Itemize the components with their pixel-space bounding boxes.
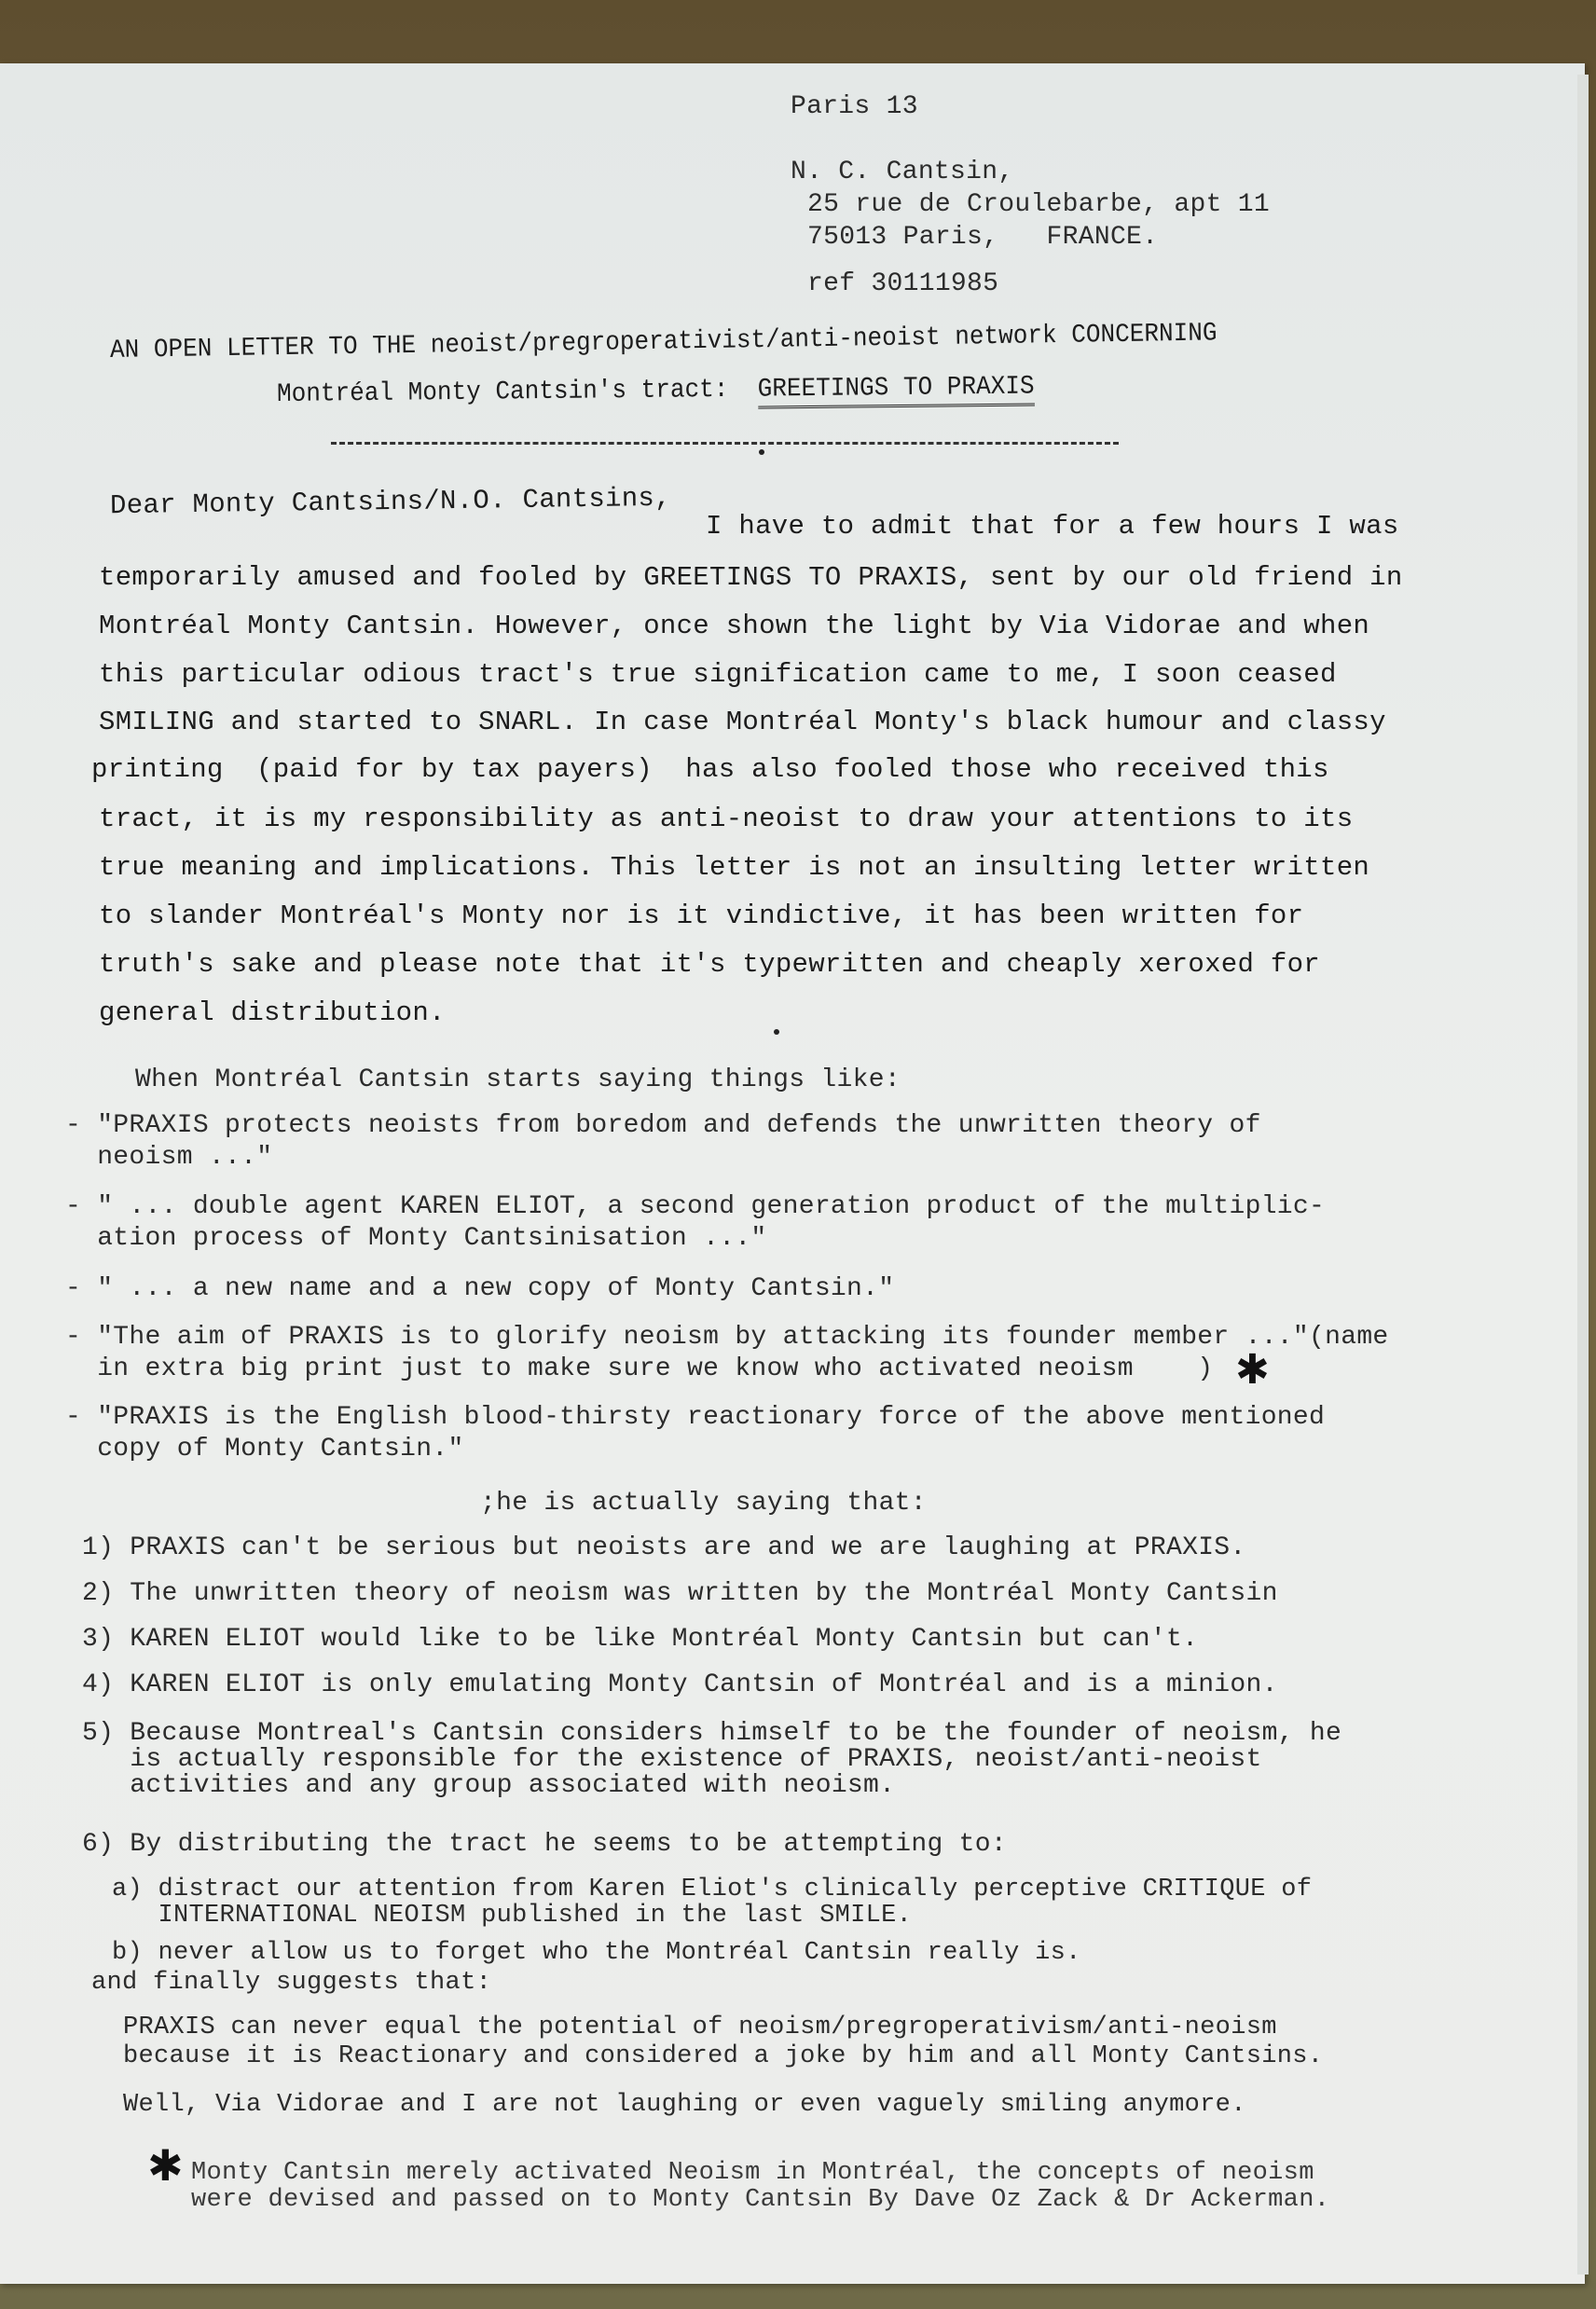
conclusion-line-1: PRAXIS can never equal the potential of … [123, 2014, 1277, 2041]
intro-line: truth's sake and please note that it's t… [99, 949, 1320, 981]
quote-line: neoism ..." [65, 1142, 272, 1174]
intro-line: SMILING and started to SNARL. In case Mo… [99, 707, 1386, 738]
quote-line: - "PRAXIS is the English blood-thirsty r… [65, 1402, 1325, 1434]
title-divider [331, 442, 1119, 445]
subtitle-prefix: Montréal Monty Cantsin's tract: [277, 376, 758, 409]
quote-line: in extra big print just to make sure we … [65, 1354, 1213, 1385]
closing-line: Well, Via Vidorae and I are not laughing… [123, 2091, 1246, 2119]
reference-number: ref 30111985 [807, 268, 998, 300]
sub-point-line: b) never allow us to forget who the Mont… [112, 1939, 1081, 1967]
point-line: 2) The unwritten theory of neoism was wr… [82, 1578, 1278, 1610]
letter-subtitle: Montréal Monty Cantsin's tract: GREETING… [277, 371, 1035, 411]
quote-line: copy of Monty Cantsin." [65, 1434, 464, 1465]
paper-edge [1577, 75, 1589, 2275]
quote-line: - " ... double agent KAREN ELIOT, a seco… [65, 1191, 1325, 1223]
sender-name: N. C. Cantsin, [791, 157, 1013, 188]
point-line: 1) PRAXIS can't be serious but neoists a… [82, 1532, 1246, 1564]
point-line: 4) KAREN ELIOT is only emulating Monty C… [82, 1670, 1278, 1701]
intro-line: printing (paid for by tax payers) has al… [91, 754, 1329, 786]
intro-line: Montréal Monty Cantsin. However, once sh… [99, 611, 1369, 642]
asterisk-icon: ✱ [1235, 1346, 1270, 1394]
place-line: Paris 13 [791, 91, 918, 123]
conclusion-line-2: because it is Reactionary and considered… [123, 2042, 1323, 2070]
point-line: 3) KAREN ELIOT would like to be like Mon… [82, 1624, 1198, 1656]
footnote-asterisk-icon: ✱ [147, 2140, 184, 2191]
intro-line: true meaning and implications. This lett… [99, 852, 1369, 884]
divider-dot [759, 449, 764, 455]
footnote-line-1: Monty Cantsin merely activated Neoism in… [191, 2159, 1314, 2187]
quotes-intro: When Montréal Cantsin starts saying thin… [135, 1065, 901, 1096]
quote-line: - "The aim of PRAXIS is to glorify neois… [65, 1322, 1389, 1354]
address-line-2: 75013 Paris, FRANCE. [807, 222, 1158, 254]
address-line-1: 25 rue de Croulebarbe, apt 11 [807, 189, 1270, 221]
quote-line: - " ... a new name and a new copy of Mon… [65, 1273, 894, 1305]
intro-line: tract, it is my responsibility as anti-n… [99, 804, 1353, 835]
quote-line: ation process of Monty Cantsinisation ..… [65, 1223, 767, 1255]
intro-line: I have to admit that for a few hours I w… [706, 511, 1399, 543]
tract-title: GREETINGS TO PRAXIS [757, 372, 1034, 408]
sub-point-line: INTERNATIONAL NEOISM published in the la… [112, 1902, 912, 1930]
saying-that-heading: ;he is actually saying that: [480, 1488, 927, 1519]
point-line: 6) By distributing the tract he seems to… [82, 1829, 1007, 1861]
intro-line: general distribution. [99, 997, 446, 1029]
intro-line: temporarily amused and fooled by GREETIN… [99, 562, 1403, 594]
finally-suggests: and finally suggests that: [91, 1969, 491, 1997]
sub-point-line: a) distract our attention from Karen Eli… [112, 1876, 1312, 1904]
footnote-line-2: were devised and passed on to Monty Cant… [191, 2186, 1329, 2214]
paragraph-dot [774, 1029, 779, 1035]
point-line: activities and any group associated with… [82, 1770, 895, 1802]
quote-line: - "PRAXIS protects neoists from boredom … [65, 1110, 1261, 1142]
intro-line: this particular odious tract's true sign… [99, 659, 1337, 691]
intro-line: to slander Montréal's Monty nor is it vi… [99, 900, 1303, 932]
